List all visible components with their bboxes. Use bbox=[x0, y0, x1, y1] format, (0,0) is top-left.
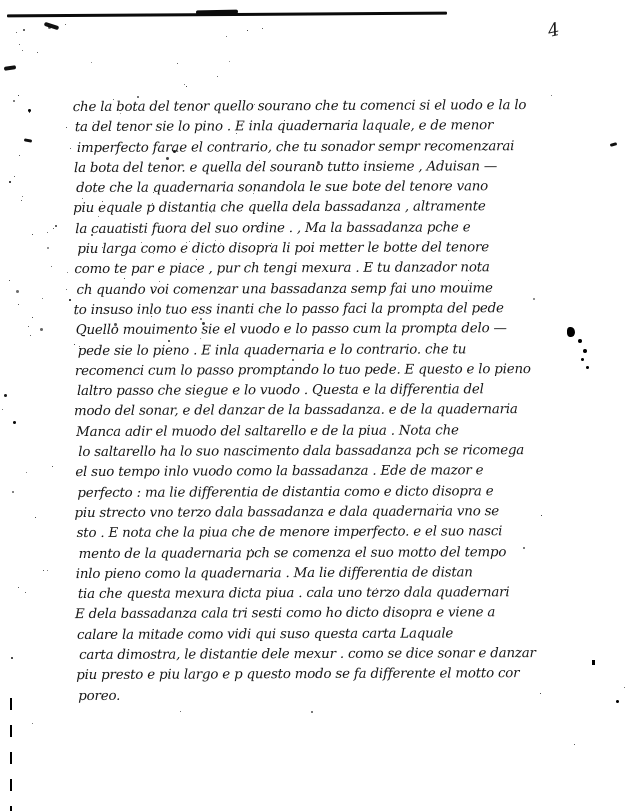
text-line: como te par e piace , pur ch tengi mexur… bbox=[74, 258, 562, 280]
text-line: piu presto e piu largo e p questo modo s… bbox=[76, 664, 564, 686]
noise-speck bbox=[9, 181, 11, 183]
manuscript-text-block: che la bota del tenor quello sourano che… bbox=[75, 96, 565, 707]
noise-speck bbox=[29, 112, 30, 113]
ink-blot bbox=[578, 339, 582, 343]
text-line: laltro passo che siegue e lo vuodo . Que… bbox=[77, 380, 563, 402]
noise-speck bbox=[13, 100, 15, 102]
noise-speck bbox=[40, 328, 43, 331]
text-line: sto . E nota che la piua che de menore i… bbox=[77, 522, 564, 544]
noise-speck bbox=[229, 61, 230, 62]
noise-speck bbox=[70, 148, 71, 149]
noise-speck bbox=[186, 86, 187, 87]
noise-speck bbox=[35, 517, 36, 518]
noise-speck bbox=[16, 32, 17, 33]
folio-number: 4 bbox=[546, 19, 561, 42]
noise-speck bbox=[574, 744, 575, 745]
noise-speck bbox=[47, 247, 49, 249]
noise-speck bbox=[28, 326, 29, 327]
noise-speck bbox=[28, 109, 31, 112]
text-line: E dela bassadanza cala tri sesti como ho… bbox=[75, 603, 564, 625]
noise-speck bbox=[262, 28, 263, 29]
noise-speck bbox=[18, 587, 19, 588]
text-line: modo del sonar, e del danzar de la bassa… bbox=[74, 400, 563, 422]
noise-speck bbox=[91, 62, 92, 63]
noise-speck bbox=[13, 421, 16, 424]
noise-speck bbox=[311, 711, 313, 713]
noise-speck bbox=[47, 570, 48, 571]
noise-speck bbox=[51, 266, 52, 267]
text-line: Manca adir el muodo del saltarello e de … bbox=[76, 421, 563, 443]
noise-speck bbox=[55, 225, 57, 227]
noise-speck bbox=[226, 36, 227, 37]
noise-speck bbox=[42, 298, 43, 299]
noise-speck bbox=[26, 472, 27, 473]
text-line: inlo pieno como la quadernaria . Ma lie … bbox=[76, 563, 564, 585]
noise-speck bbox=[14, 176, 15, 177]
ink-blot bbox=[581, 358, 584, 361]
text-line: ta del tenor sie lo pino . E inla quader… bbox=[75, 116, 562, 138]
ink-blot bbox=[583, 349, 587, 353]
noise-speck bbox=[19, 44, 20, 45]
noise-speck bbox=[37, 52, 38, 53]
manuscript-page: 4 che la bota del tenor quello sourano c… bbox=[0, 0, 635, 811]
text-line: calare la mitade como vidi qui suso ques… bbox=[77, 624, 564, 646]
ink-smudge bbox=[610, 142, 618, 147]
noise-speck bbox=[22, 50, 23, 51]
text-line: el suo tempo inlo vuodo como la bassadan… bbox=[75, 461, 563, 483]
text-line: recomenci cum lo passo promptando lo tuo… bbox=[75, 360, 563, 382]
text-line: tia che questa mexura dicta piua . cala … bbox=[78, 583, 564, 605]
noise-speck bbox=[65, 24, 66, 25]
ink-smudge bbox=[44, 22, 60, 30]
noise-speck bbox=[32, 317, 33, 318]
text-line: to insuso inlo tuo ess inanti che lo pas… bbox=[74, 299, 563, 321]
text-line: carta dimostra, le distantie dele mexur … bbox=[79, 644, 564, 666]
noise-speck bbox=[53, 228, 54, 229]
noise-speck bbox=[184, 84, 185, 85]
noise-speck bbox=[66, 289, 67, 290]
noise-speck bbox=[217, 76, 218, 77]
text-line: piu larga como e dicto disopra li poi me… bbox=[77, 238, 562, 260]
text-line: dote che la quadernaria sonandola le sue… bbox=[76, 177, 562, 199]
noise-speck bbox=[30, 335, 31, 336]
text-line: imperfecto farae el contrario, che tu so… bbox=[77, 137, 562, 159]
text-line: pede sie lo pieno . E inla quadernaria e… bbox=[78, 340, 563, 362]
ink-speck bbox=[616, 700, 619, 703]
ink-blot bbox=[567, 327, 575, 337]
noise-speck bbox=[19, 155, 20, 156]
ink-smudge bbox=[4, 65, 16, 71]
noise-speck bbox=[624, 687, 625, 688]
ink-smudge bbox=[24, 138, 32, 142]
noise-speck bbox=[67, 272, 68, 273]
noise-speck bbox=[247, 30, 248, 31]
text-line: che la bota del tenor quello sourano che… bbox=[73, 96, 562, 118]
noise-speck bbox=[66, 127, 67, 128]
text-line: lo saltarello ha lo suo nascimento dala … bbox=[78, 441, 563, 463]
text-line: poreo. bbox=[78, 685, 564, 707]
noise-speck bbox=[177, 63, 178, 64]
text-line: Quello mouimento sie el vuodo e lo passo… bbox=[76, 319, 563, 341]
text-line: piu strecto vno terzo dala bassadanza e … bbox=[74, 502, 563, 524]
noise-speck bbox=[2, 409, 3, 410]
ink-speck bbox=[592, 660, 595, 665]
noise-speck bbox=[43, 570, 44, 571]
noise-speck bbox=[21, 200, 22, 201]
text-line: la cauatisti fuora del suo ordine . , Ma… bbox=[75, 218, 562, 240]
text-line: la bota del tenor. e quella del sourano … bbox=[74, 157, 562, 179]
text-line: mento de la quadernaria pch se comenza e… bbox=[79, 542, 564, 564]
text-line: piu equale p distantia che quella dela b… bbox=[73, 197, 562, 219]
noise-speck bbox=[23, 29, 25, 31]
noise-speck bbox=[22, 196, 23, 197]
noise-speck bbox=[47, 232, 48, 233]
noise-speck bbox=[180, 711, 181, 712]
noise-speck bbox=[16, 290, 19, 293]
scan-artifact-top-blob bbox=[196, 10, 238, 15]
noise-speck bbox=[25, 592, 26, 593]
text-line: perfecto : ma lie differentia de distant… bbox=[77, 482, 563, 504]
noise-speck bbox=[12, 491, 14, 493]
noise-speck bbox=[4, 394, 7, 397]
text-line: ch quando voi comenzar una bassadanza se… bbox=[76, 279, 562, 301]
noise-speck bbox=[18, 304, 19, 305]
noise-speck bbox=[11, 657, 13, 659]
noise-speck bbox=[9, 280, 10, 281]
noise-speck bbox=[52, 466, 53, 467]
noise-speck bbox=[32, 723, 33, 724]
noise-speck bbox=[69, 299, 71, 301]
scan-artifact-left-edge bbox=[10, 698, 12, 811]
ink-blot bbox=[586, 366, 589, 369]
noise-speck bbox=[18, 95, 19, 96]
noise-speck bbox=[32, 234, 33, 235]
